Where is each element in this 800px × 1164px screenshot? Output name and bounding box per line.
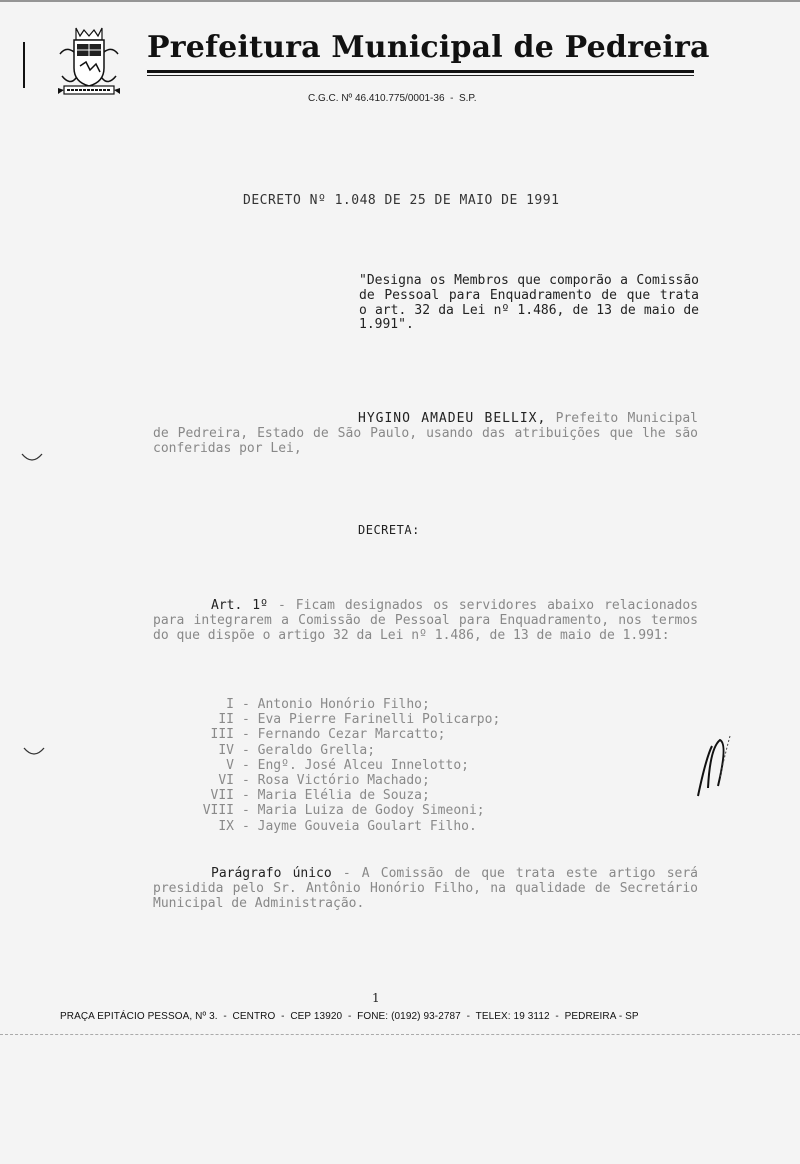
- article-label: Art. 1º: [211, 598, 268, 613]
- preamble: HYGINO AMADEU BELLIX, Prefeito Municipal…: [153, 412, 698, 456]
- letterhead-footer-address: PRAÇA EPITÁCIO PESSOA, Nº 3. - CENTRO - …: [60, 1011, 639, 1022]
- member-numeral: V: [190, 758, 242, 773]
- member-item: IV- Geraldo Grella;: [190, 743, 500, 758]
- member-list: I- Antonio Honório Filho;II- Eva Pierre …: [190, 697, 500, 834]
- decreta-heading: DECRETA:: [358, 523, 420, 537]
- member-name: - Engº. José Alceu Innelotto;: [242, 758, 469, 773]
- member-numeral: IV: [190, 743, 242, 758]
- coat-of-arms-icon: [50, 24, 128, 102]
- member-numeral: III: [190, 727, 242, 742]
- member-name: - Jayme Gouveia Goulart Filho.: [242, 819, 477, 834]
- member-numeral: VIII: [190, 803, 242, 818]
- member-numeral: IX: [190, 819, 242, 834]
- cgc-number: C.G.C. Nº 46.410.775/0001-36 - S.P.: [308, 93, 477, 104]
- letterhead-rule-thin: [147, 75, 694, 76]
- member-item: I- Antonio Honório Filho;: [190, 697, 500, 712]
- member-name: - Eva Pierre Farinelli Policarpo;: [242, 712, 500, 727]
- scan-top-edge: [0, 0, 800, 2]
- member-item: VII- Maria Elélia de Souza;: [190, 788, 500, 803]
- member-numeral: VII: [190, 788, 242, 803]
- member-name: - Rosa Victório Machado;: [242, 773, 430, 788]
- member-item: III- Fernando Cezar Marcatto;: [190, 727, 500, 742]
- member-item: IX- Jayme Gouveia Goulart Filho.: [190, 819, 500, 834]
- page-number: 1: [372, 991, 380, 1005]
- punch-hole-mark: [20, 452, 44, 464]
- mayor-name: HYGINO AMADEU BELLIX,: [358, 411, 546, 426]
- binding-mark: [23, 42, 25, 88]
- footer-rule: [0, 1034, 800, 1035]
- letterhead-title: Prefeitura Municipal de Pedreira: [147, 30, 710, 65]
- member-name: - Maria Elélia de Souza;: [242, 788, 430, 803]
- member-numeral: VI: [190, 773, 242, 788]
- member-numeral: II: [190, 712, 242, 727]
- member-name: - Maria Luiza de Godoy Simeoni;: [242, 803, 485, 818]
- handwritten-initials-icon: [690, 728, 740, 798]
- member-name: - Fernando Cezar Marcatto;: [242, 727, 446, 742]
- sole-paragraph: Parágrafo único - A Comissão de que trat…: [153, 866, 698, 911]
- member-name: - Geraldo Grella;: [242, 743, 375, 758]
- decree-summary: "Designa os Membros que comporão a Comis…: [359, 274, 699, 333]
- member-item: VIII- Maria Luiza de Godoy Simeoni;: [190, 803, 500, 818]
- decree-title: DECRETO Nº 1.048 DE 25 DE MAIO DE 1991: [243, 193, 559, 208]
- member-item: VI- Rosa Victório Machado;: [190, 773, 500, 788]
- member-name: - Antonio Honório Filho;: [242, 697, 430, 712]
- member-item: II- Eva Pierre Farinelli Policarpo;: [190, 712, 500, 727]
- punch-hole-mark: [22, 746, 46, 758]
- article-1: Art. 1º - Ficam designados os servidores…: [153, 599, 698, 643]
- member-item: V- Engº. José Alceu Innelotto;: [190, 758, 500, 773]
- member-numeral: I: [190, 697, 242, 712]
- letterhead-rule: [147, 70, 694, 73]
- paragraph-label: Parágrafo único: [211, 866, 332, 881]
